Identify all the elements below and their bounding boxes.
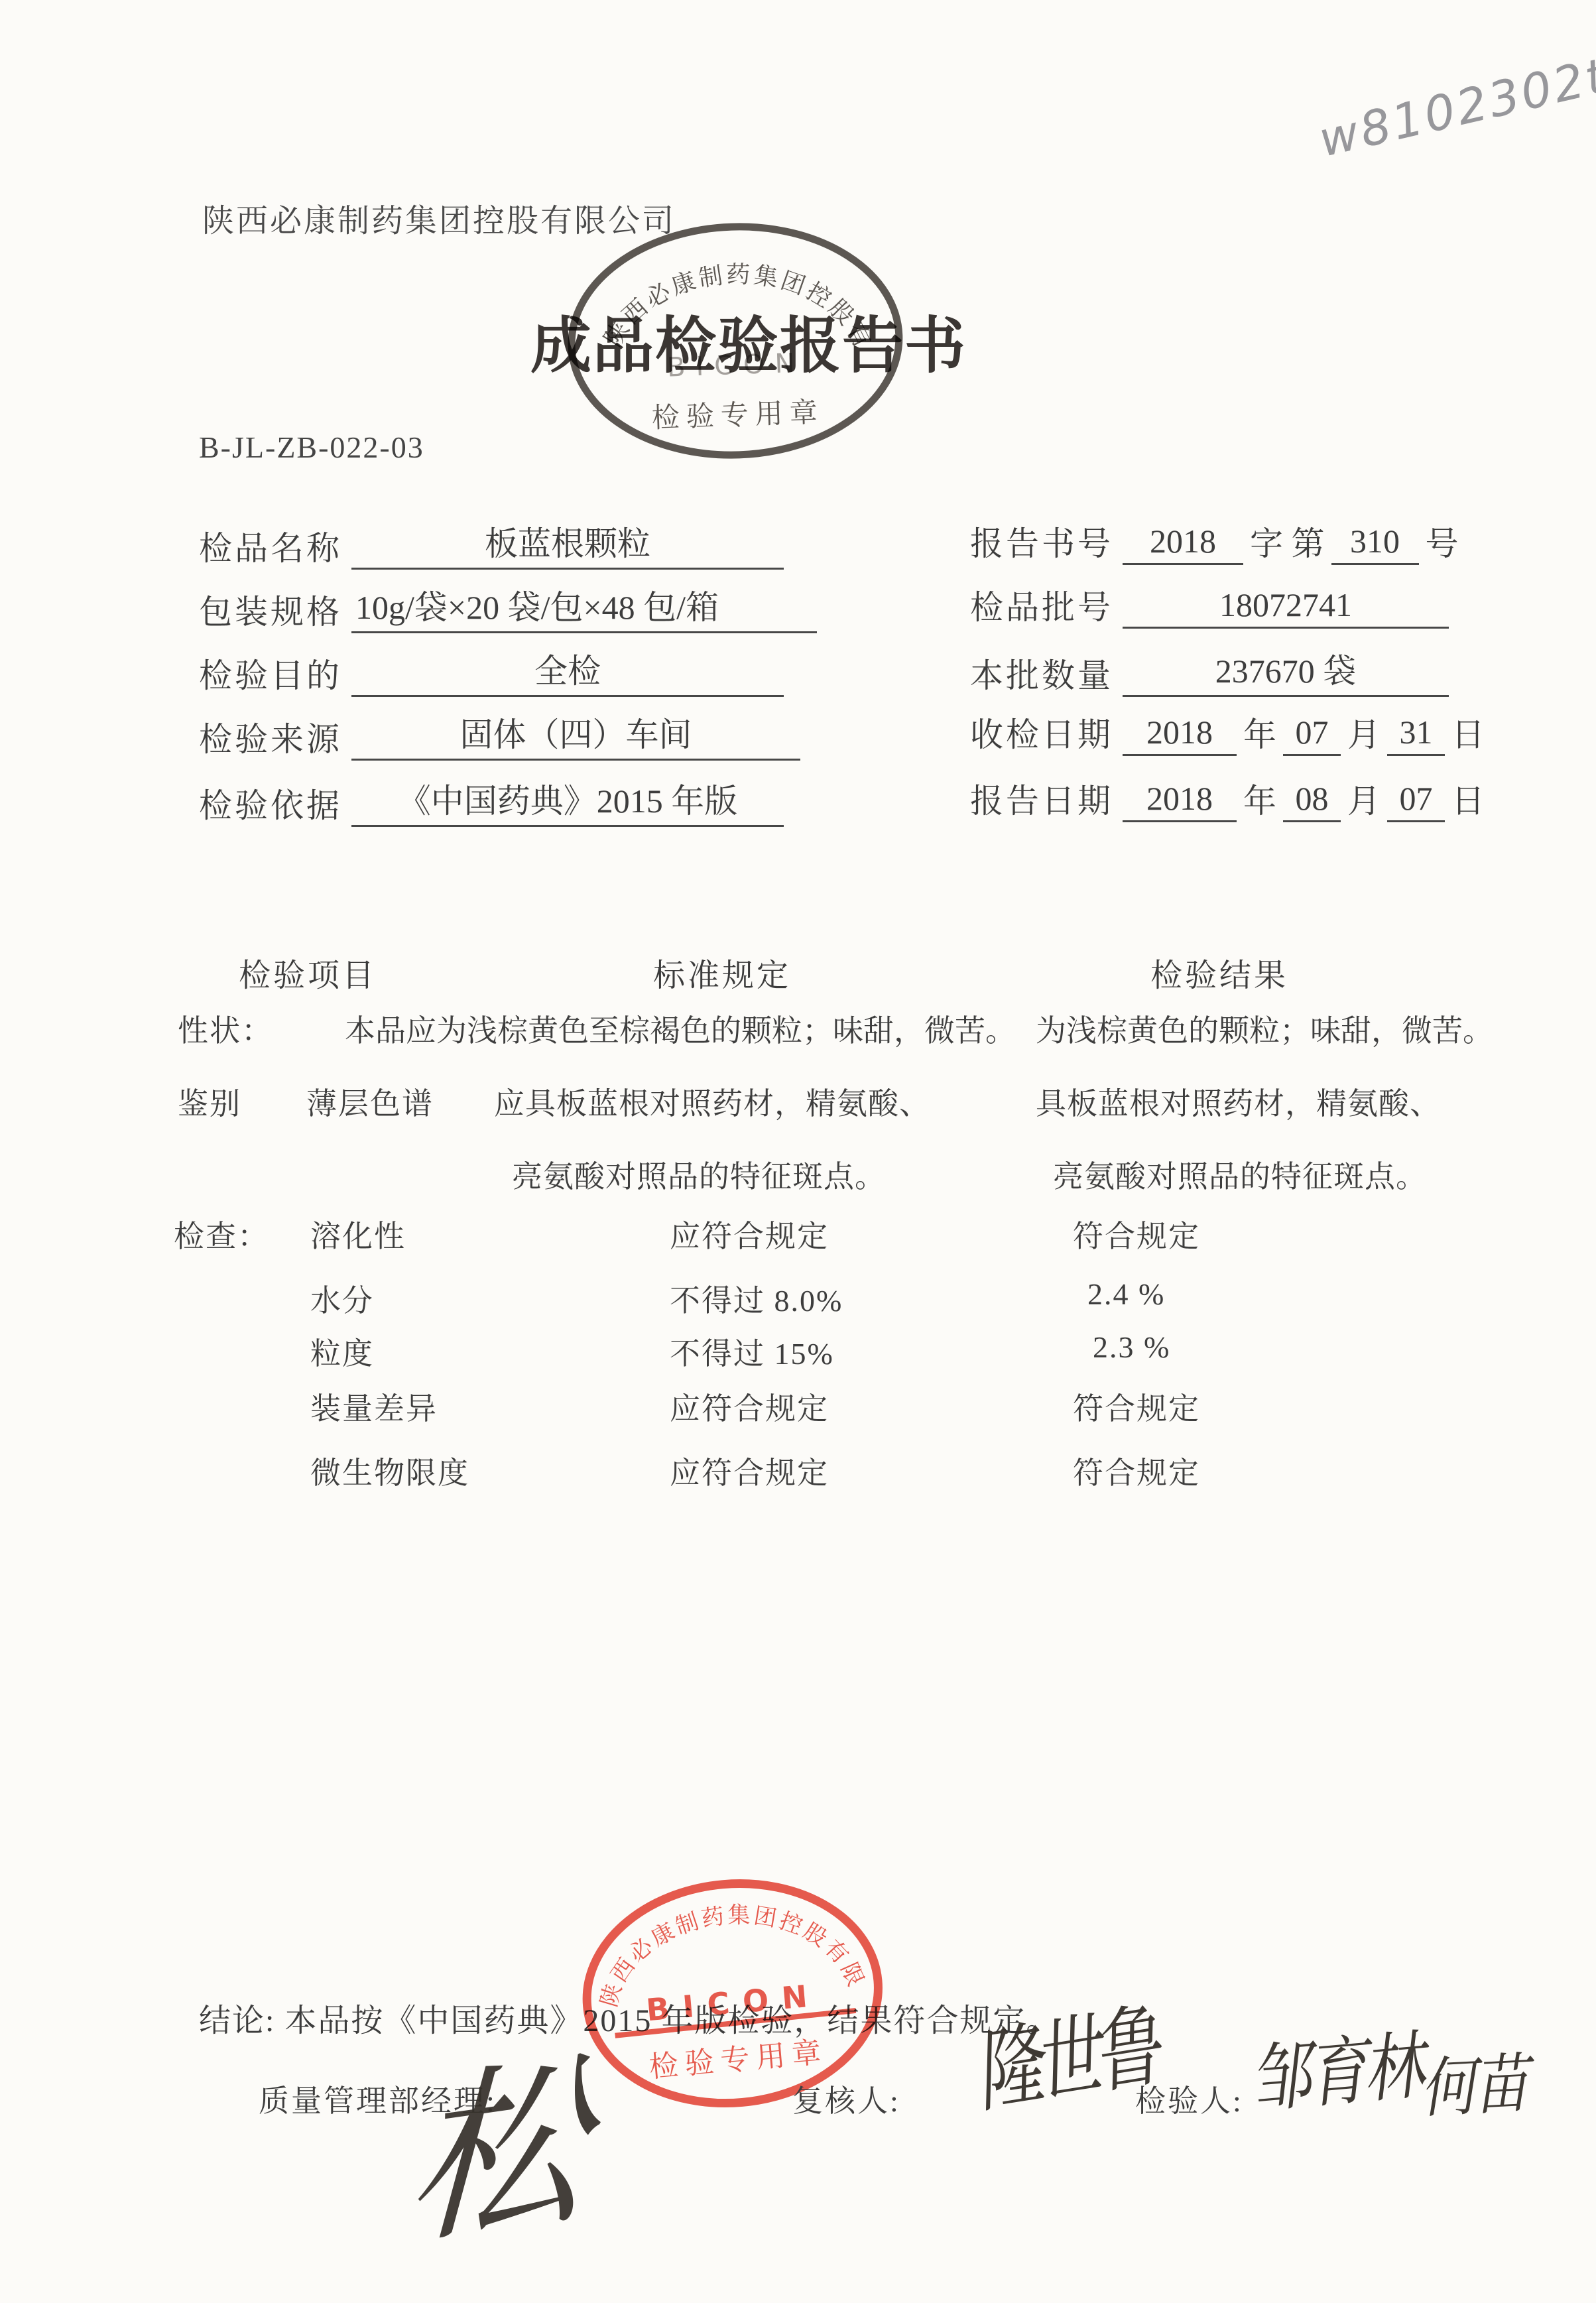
black-stamp-bottom-text: 检验专用章 xyxy=(651,397,824,434)
table-row-spec: 亮氨酸对照品的特征斑点。 xyxy=(512,1152,886,1196)
table-row-result: 符合规定 xyxy=(1073,1385,1200,1428)
field-text: 日 xyxy=(1451,716,1485,753)
field-received-date: 收检日期2018年07月31日 xyxy=(970,708,1491,756)
table-row-spec: 本品应为浅棕黄色至棕褐色的颗粒；味甜，微苦。 xyxy=(345,1007,1016,1050)
field-report-date: 报告日期2018年08月07日 xyxy=(970,775,1491,822)
field-value: 2018 xyxy=(1123,522,1243,565)
field-label: 检验依据 xyxy=(199,787,342,824)
field-value: 07 xyxy=(1387,779,1445,822)
field-label: 本批数量 xyxy=(970,657,1113,694)
field-value: 板蓝根颗粒 xyxy=(351,517,784,570)
table-row-spec: 应符合规定 xyxy=(670,1385,829,1428)
manager-signature: 松 xyxy=(404,1995,590,2280)
field-value: 08 xyxy=(1283,779,1341,822)
field-text: 号 xyxy=(1426,525,1459,562)
field-value: 31 xyxy=(1387,713,1445,756)
table-row-result: 2.4 % xyxy=(1087,1276,1165,1312)
table-row-item: 装量差异 xyxy=(310,1385,438,1428)
field-label: 报告书号 xyxy=(970,525,1113,562)
reviewer-signature: 隆世鲁 xyxy=(965,1975,1161,2130)
table-row-section: 性状： xyxy=(178,1007,273,1050)
field-label: 检验来源 xyxy=(199,721,342,758)
field-value: 10g/袋×20 袋/包×48 包/箱 xyxy=(351,581,817,633)
field-value: 《中国药典》2015 年版 xyxy=(351,775,784,827)
field-batch-no: 检品批号18072741 xyxy=(970,581,1449,629)
handwritten-note: w8102302t xyxy=(1314,47,1596,168)
black-stamp-center-text: BICON xyxy=(666,347,806,383)
field-text: 年 xyxy=(1243,782,1276,820)
table-header-item: 检验项目 xyxy=(239,950,377,995)
inspector-signature-1: 邹育林 xyxy=(1245,2007,1424,2128)
inspector-signature-2: 何苗 xyxy=(1418,2032,1528,2131)
table-row-spec: 应具板蓝根对照药材，精氨酸、 xyxy=(494,1080,930,1123)
field-value: 18072741 xyxy=(1123,586,1449,629)
field-value: 固体（四）车间 xyxy=(351,708,800,761)
field-value: 2018 xyxy=(1123,779,1237,822)
field-label: 报告日期 xyxy=(970,782,1113,820)
field-text: 月 xyxy=(1347,782,1381,820)
field-value: 310 xyxy=(1331,522,1419,565)
field-purpose: 检验目的全检 xyxy=(199,645,784,697)
table-row-item: 粒度 xyxy=(310,1330,374,1373)
field-pack-spec: 包装规格10g/袋×20 袋/包×48 包/箱 xyxy=(199,581,817,633)
table-row-section: 鉴别 xyxy=(178,1080,241,1123)
table-row-item: 微生物限度 xyxy=(310,1449,469,1493)
table-header-spec: 标准规定 xyxy=(653,950,791,995)
field-value: 07 xyxy=(1283,713,1341,756)
table-row-result: 符合规定 xyxy=(1073,1212,1200,1256)
table-row-spec: 不得过 15% xyxy=(670,1330,834,1373)
field-text: 日 xyxy=(1451,782,1485,820)
table-row-result: 亮氨酸对照品的特征斑点。 xyxy=(1053,1152,1427,1196)
table-row-item: 水分 xyxy=(310,1276,374,1320)
table-header-result: 检验结果 xyxy=(1150,950,1288,995)
field-label: 检品名称 xyxy=(199,530,342,567)
table-row-spec: 应符合规定 xyxy=(670,1212,829,1256)
table-row-item: 溶化性 xyxy=(310,1212,406,1256)
table-row-result: 符合规定 xyxy=(1073,1449,1200,1493)
field-text: 字 第 xyxy=(1250,525,1325,562)
field-value: 2018 xyxy=(1123,713,1237,756)
table-row-result: 为浅棕黄色的颗粒；味甜，微苦。 xyxy=(1036,1007,1493,1050)
table-row-result: 具板蓝根对照药材，精氨酸、 xyxy=(1036,1080,1441,1123)
table-row-item: 薄层色谱 xyxy=(306,1080,434,1123)
reviewer-label: 复核人: xyxy=(792,2077,900,2121)
field-label: 检品批号 xyxy=(970,589,1113,626)
field-label: 检验目的 xyxy=(199,657,342,694)
field-text: 年 xyxy=(1243,716,1276,753)
conclusion-label: 结论: xyxy=(199,2003,275,2038)
field-report-no: 报告书号2018字 第310号 xyxy=(970,517,1465,565)
table-row-section: 检查： xyxy=(174,1212,269,1256)
table-row-spec: 不得过 8.0% xyxy=(670,1276,843,1320)
field-value: 237670 袋 xyxy=(1123,645,1449,697)
table-row-spec: 应符合规定 xyxy=(670,1449,829,1493)
table-row-result: 2.3 % xyxy=(1093,1330,1170,1365)
form-code: B-JL-ZB-022-03 xyxy=(199,430,424,465)
field-basis: 检验依据《中国药典》2015 年版 xyxy=(199,775,784,827)
field-label: 收检日期 xyxy=(970,716,1113,753)
field-label: 包装规格 xyxy=(199,593,342,631)
red-stamp-center-text: BICON xyxy=(645,1977,822,2028)
field-text: 月 xyxy=(1347,716,1381,753)
black-inspection-stamp: 陕西必康制药集团控股有限公司 BICON 检验专用章 xyxy=(561,214,911,470)
field-sample-name: 检品名称板蓝根颗粒 xyxy=(199,517,784,570)
field-value: 全检 xyxy=(351,645,784,697)
field-source: 检验来源固体（四）车间 xyxy=(199,708,800,761)
field-batch-qty: 本批数量237670 袋 xyxy=(970,645,1449,697)
scanned-inspection-report: w8102302t 陕西必康制药集团控股有限公司 成品检验报告书 陕西必康制药集… xyxy=(0,0,1596,2303)
